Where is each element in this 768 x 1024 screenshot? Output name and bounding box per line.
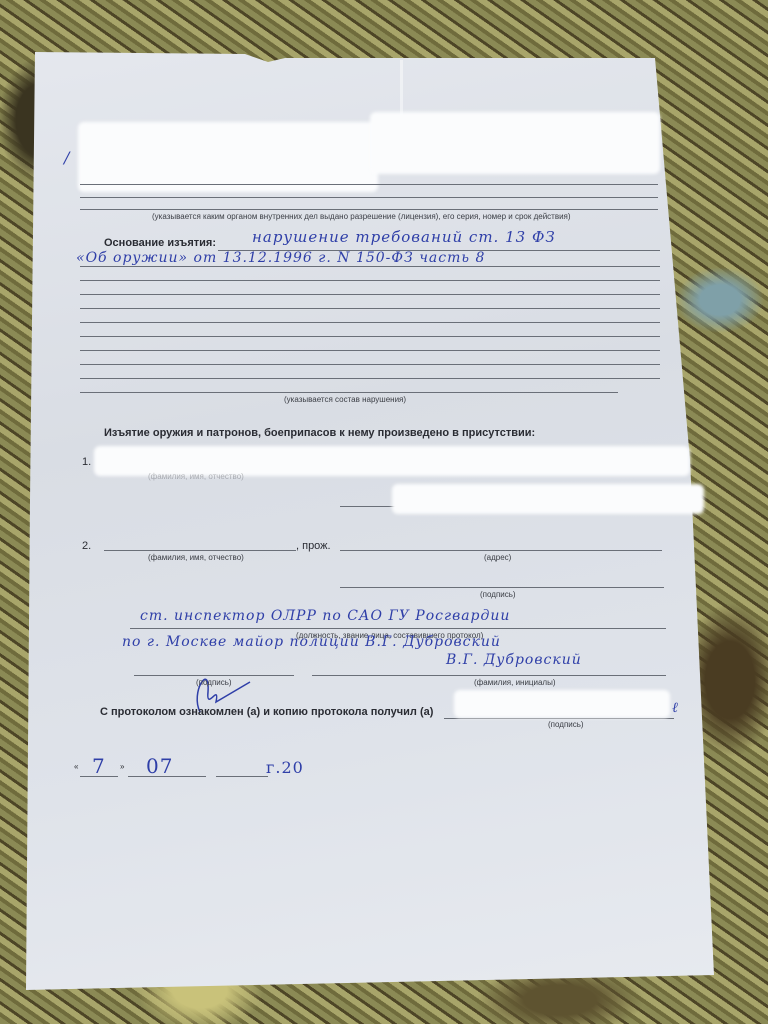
witness-2-name-line (104, 550, 296, 551)
presence-label: Изъятие оружия и патронов, боеприпасов к… (104, 427, 535, 439)
witness-2-number: 2. (82, 540, 91, 552)
witness-2-address-hint: (адрес) (484, 553, 511, 562)
redacted-license-block-2 (370, 112, 660, 174)
violation-line-6 (80, 350, 660, 351)
officer-position-line-2: по г. Москве майор полиции В.Г. Дубровск… (122, 634, 501, 650)
basis-handwritten-line-2: «Об оружии» от 13.12.1996 г. N 150-ФЗ ча… (76, 250, 485, 266)
witness-2-signature-hint: (подпись) (480, 590, 516, 599)
witness-2-name-hint: (фамилия, имя, отчество) (148, 553, 244, 562)
violation-line-4 (80, 322, 660, 323)
violation-line-1 (80, 280, 660, 281)
date-open-quote: « (74, 762, 78, 771)
date-month: 07 (146, 754, 173, 778)
witness-1-number: 1. (82, 456, 91, 468)
violation-line-3 (80, 308, 660, 309)
basis-handwritten-line-1: нарушение требований ст. 13 ФЗ (252, 228, 556, 246)
paper-crease (400, 60, 403, 120)
witness-1-name-hint: (фамилия, имя, отчество) (148, 472, 244, 481)
officer-name-line (312, 675, 666, 676)
officer-position-line-1: ст. инспектор ОЛРР по САО ГУ Росгвардии (140, 608, 510, 624)
officer-name-hint: (фамилия, инициалы) (474, 678, 556, 687)
acknowledgement-label: С протоколом ознакомлен (а) и копию прот… (100, 706, 433, 718)
acknowledgement-signature-hint: (подпись) (548, 720, 584, 729)
acknowledgement-handwritten-stroke: ℓ (672, 700, 679, 717)
officer-signature-hint: (подпись) (196, 678, 232, 687)
acknowledgement-signature-line (444, 718, 674, 719)
basis-label: Основание изъятия: (104, 237, 216, 249)
violation-line-5 (80, 336, 660, 337)
redacted-witness-1-address (392, 484, 704, 514)
officer-position-line (130, 628, 666, 629)
license-line-1 (80, 184, 658, 185)
date-day-line (80, 776, 118, 777)
witness-2-address-line (340, 550, 662, 551)
witness-2-signature-line (340, 587, 664, 588)
violation-hint: (указывается состав нарушения) (284, 395, 406, 404)
date-year-suffix: г.20 (266, 758, 304, 777)
license-line-3 (80, 209, 658, 210)
violation-line-2 (80, 294, 660, 295)
date-year-line (216, 776, 268, 777)
redacted-acknowledgement-signature (454, 690, 670, 718)
witness-2-residence-label: , прож. (296, 540, 331, 552)
document-content: / (указывается каким органом внутренних … (0, 0, 768, 1024)
violation-line-8 (80, 378, 660, 379)
license-hint: (указывается каким органом внутренних де… (152, 212, 571, 221)
license-handwritten-stroke: / (64, 148, 70, 167)
officer-signature-line (134, 675, 294, 676)
witness-1-signature-line (340, 506, 400, 507)
redacted-license-block (78, 122, 378, 192)
basis-line-2 (80, 266, 660, 267)
violation-line-9 (80, 392, 618, 393)
officer-name-handwritten: В.Г. Дубровский (446, 652, 582, 668)
violation-line-7 (80, 364, 660, 365)
date-day: 7 (92, 754, 106, 778)
date-month-line (128, 776, 206, 777)
date-close-quote: » (120, 762, 124, 771)
license-line-2 (80, 197, 658, 198)
